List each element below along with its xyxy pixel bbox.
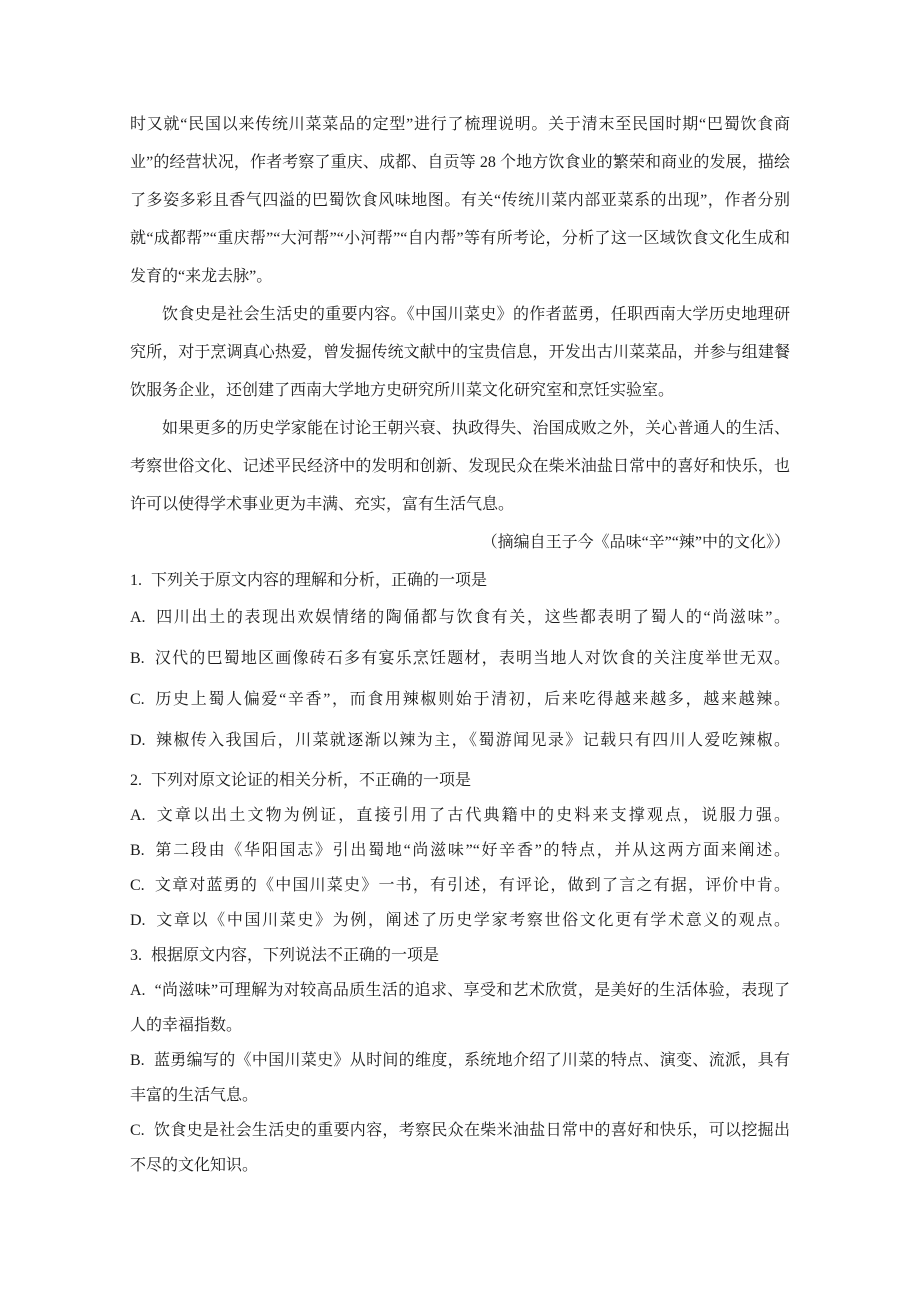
question-1-option-a-label: A.: [130, 609, 146, 626]
question-1-option-d: D.辣椒传入我国后，川菜就逐渐以辣为主，《蜀游闻见录》记载只有四川人爱吃辣椒。: [130, 722, 790, 759]
question-2-option-b-label: B.: [130, 842, 145, 859]
question-2: 2.下列对原文论证的相关分析，不正确的一项是 A.文章以出土文物为例证，直接引用…: [130, 763, 790, 938]
question-1: 1.下列关于原文内容的理解和分析，正确的一项是 A.四川出土的表现出欢娱情绪的陶…: [130, 562, 790, 759]
question-1-stem-text: 下列关于原文内容的理解和分析，正确的一项是: [151, 572, 487, 589]
question-3-option-a-label: A.: [130, 982, 146, 999]
question-2-option-d-text: 文章以《中国川菜史》为例，阐述了历史学家考察世俗文化更有学术意义的观点。: [155, 912, 790, 929]
question-3-stem-text: 根据原文内容，下列说法不正确的一项是: [151, 947, 439, 964]
question-1-option-d-text: 辣椒传入我国后，川菜就逐渐以辣为主，《蜀游闻见录》记载只有四川人爱吃辣椒。: [155, 732, 790, 749]
question-1-stem: 1.下列关于原文内容的理解和分析，正确的一项是: [130, 562, 790, 599]
question-3-option-a: A.“尚滋味”可理解为对较高品质生活的追求、享受和艺术欣赏，是美好的生活体验，表…: [130, 973, 790, 1043]
question-2-number: 2.: [130, 772, 142, 789]
question-2-option-b: B.第二段由《华阳国志》引出蜀地“尚滋味”“好辛香”的特点，并从这两方面来阐述。: [130, 833, 790, 868]
attribution-line: （摘编自王子今《品味“辛”“辣”中的文化》）: [130, 524, 790, 562]
question-3-option-b-label: B.: [130, 1052, 145, 1069]
question-3-stem: 3.根据原文内容，下列说法不正确的一项是: [130, 938, 790, 973]
question-2-stem-text: 下列对原文论证的相关分析，不正确的一项是: [151, 772, 471, 789]
question-2-option-d: D.文章以《中国川菜史》为例，阐述了历史学家考察世俗文化更有学术意义的观点。: [130, 903, 790, 938]
question-1-option-c-label: C.: [130, 691, 145, 708]
question-2-option-a: A.文章以出土文物为例证，直接引用了古代典籍中的史料来支撑观点，说服力强。: [130, 798, 790, 833]
question-2-option-c: C.文章对蓝勇的《中国川菜史》一书，有引述，有评论，做到了言之有据，评价中肯。: [130, 868, 790, 903]
question-1-option-c-text: 历史上蜀人偏爱“辛香”，而食用辣椒则始于清初，后来吃得越来越多，越来越辣。: [154, 691, 790, 708]
question-1-option-c: C.历史上蜀人偏爱“辛香”，而食用辣椒则始于清初，后来吃得越来越多，越来越辣。: [130, 681, 790, 718]
question-1-option-d-label: D.: [130, 732, 146, 749]
question-1-option-b-label: B.: [130, 650, 145, 667]
question-1-option-a: A.四川出土的表现出欢娱情绪的陶俑都与饮食有关，这些都表明了蜀人的“尚滋味”。: [130, 599, 790, 636]
question-1-option-b: B.汉代的巴蜀地区画像砖石多有宴乐烹饪题材，表明当地人对饮食的关注度举世无双。: [130, 640, 790, 677]
paragraph-2: 饮食史是社会生活史的重要内容。《中国川菜史》的作者蓝勇，任职西南大学历史地理研究…: [130, 296, 790, 410]
question-3-option-b: B.蓝勇编写的《中国川菜史》从时间的维度，系统地介绍了川菜的特点、演变、流派，具…: [130, 1043, 790, 1113]
question-2-option-c-text: 文章对蓝勇的《中国川菜史》一书，有引述，有评论，做到了言之有据，评价中肯。: [154, 877, 790, 894]
question-1-option-b-text: 汉代的巴蜀地区画像砖石多有宴乐烹饪题材，表明当地人对饮食的关注度举世无双。: [154, 650, 790, 667]
question-3-option-b-text: 蓝勇编写的《中国川菜史》从时间的维度，系统地介绍了川菜的特点、演变、流派，具有丰…: [130, 1052, 790, 1104]
exam-document-page: 时又就“民国以来传统川菜菜品的定型”进行了梳理说明。关于清末至民国时期“巴蜀饮食…: [0, 0, 920, 1302]
question-2-option-b-text: 第二段由《华阳国志》引出蜀地“尚滋味”“好辛香”的特点，并从这两方面来阐述。: [154, 842, 790, 859]
question-2-option-c-label: C.: [130, 877, 145, 894]
paragraph-3: 如果更多的历史学家能在讨论王朝兴衰、执政得失、治国成败之外，关心普通人的生活、考…: [130, 410, 790, 524]
question-3-option-c: C.饮食史是社会生活史的重要内容，考察民众在柴米油盐日常中的喜好和快乐，可以挖掘…: [130, 1113, 790, 1183]
question-1-option-a-text: 四川出土的表现出欢娱情绪的陶俑都与饮食有关，这些都表明了蜀人的“尚滋味”。: [155, 609, 790, 626]
question-2-option-d-label: D.: [130, 912, 146, 929]
paragraph-1: 时又就“民国以来传统川菜菜品的定型”进行了梳理说明。关于清末至民国时期“巴蜀饮食…: [130, 106, 790, 296]
question-3-option-c-label: C.: [130, 1122, 145, 1139]
question-3-option-c-text: 饮食史是社会生活史的重要内容，考察民众在柴米油盐日常中的喜好和快乐，可以挖掘出不…: [130, 1122, 790, 1174]
question-2-option-a-label: A.: [130, 807, 146, 824]
question-2-stem: 2.下列对原文论证的相关分析，不正确的一项是: [130, 763, 790, 798]
question-3-number: 3.: [130, 947, 142, 964]
question-1-number: 1.: [130, 572, 142, 589]
question-2-option-a-text: 文章以出土文物为例证，直接引用了古代典籍中的史料来支撑观点，说服力强。: [155, 807, 790, 824]
question-3-option-a-text: “尚滋味”可理解为对较高品质生活的追求、享受和艺术欣赏，是美好的生活体验，表现了…: [130, 982, 790, 1034]
question-3: 3.根据原文内容，下列说法不正确的一项是 A.“尚滋味”可理解为对较高品质生活的…: [130, 938, 790, 1183]
